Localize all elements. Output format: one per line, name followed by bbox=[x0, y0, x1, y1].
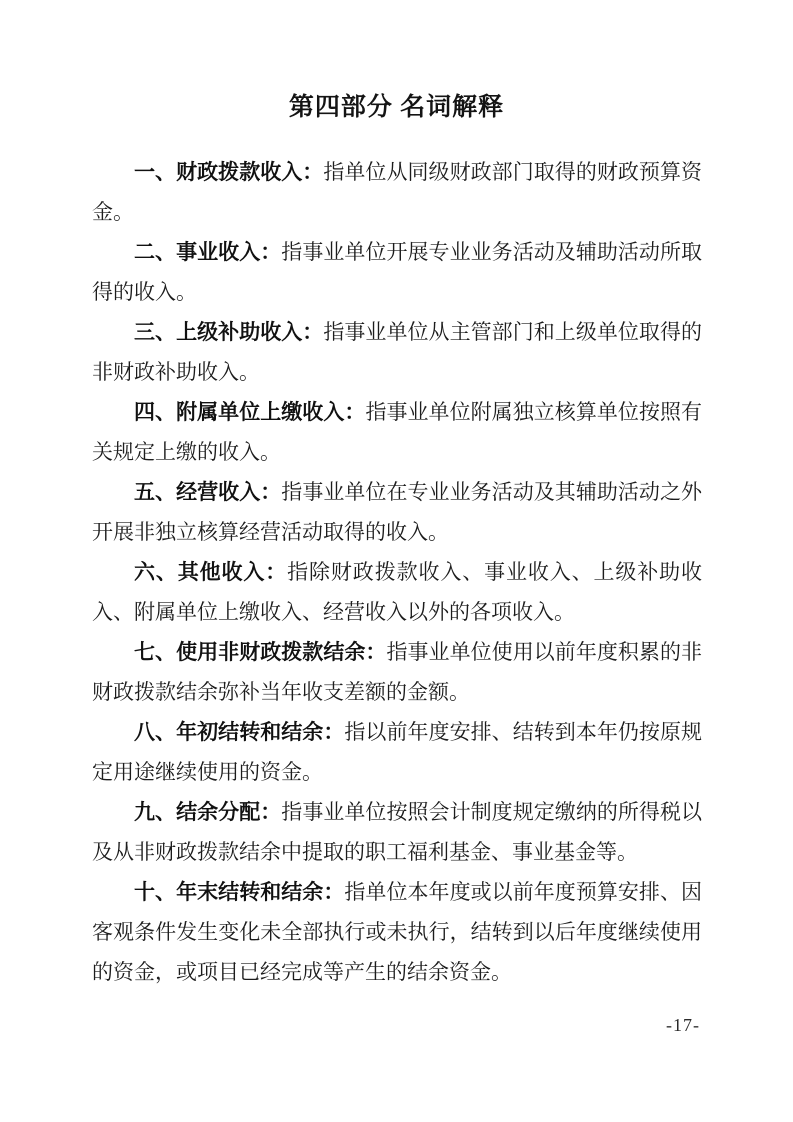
document-body: 一、财政拨款收入：指单位从同级财政部门取得的财政预算资金。 二、事业收入：指事业… bbox=[92, 152, 702, 992]
term-definition: 二、事业收入：指事业单位开展专业业务活动及辅助活动所取得的收入。 bbox=[92, 232, 702, 312]
term-label: 一、财政拨款收入： bbox=[134, 160, 323, 184]
term-label: 五、经营收入： bbox=[134, 480, 281, 504]
term-definition: 一、财政拨款收入：指单位从同级财政部门取得的财政预算资金。 bbox=[92, 152, 702, 232]
term-label: 二、事业收入： bbox=[134, 240, 281, 264]
term-label: 三、上级补助收入： bbox=[134, 320, 323, 344]
page-title: 第四部分 名词解释 bbox=[0, 93, 793, 123]
term-label: 七、使用非财政拨款结余： bbox=[134, 640, 386, 664]
term-label: 十、年末结转和结余： bbox=[134, 880, 344, 904]
term-definition: 六、其他收入：指除财政拨款收入、事业收入、上级补助收入、附属单位上缴收入、经营收… bbox=[92, 552, 702, 632]
term-label: 六、其他收入： bbox=[134, 560, 287, 584]
term-definition: 十、年末结转和结余：指单位本年度或以前年度预算安排、因客观条件发生变化未全部执行… bbox=[92, 872, 702, 992]
page-number: -17- bbox=[666, 1014, 700, 1036]
term-label: 九、结余分配： bbox=[134, 800, 281, 824]
term-definition: 三、上级补助收入：指事业单位从主管部门和上级单位取得的非财政补助收入。 bbox=[92, 312, 702, 392]
term-definition: 八、年初结转和结余：指以前年度安排、结转到本年仍按原规定用途继续使用的资金。 bbox=[92, 712, 702, 792]
document-page: 第四部分 名词解释 一、财政拨款收入：指单位从同级财政部门取得的财政预算资金。 … bbox=[0, 0, 793, 1122]
term-definition: 七、使用非财政拨款结余：指事业单位使用以前年度积累的非财政拨款结余弥补当年收支差… bbox=[92, 632, 702, 712]
term-definition: 五、经营收入：指事业单位在专业业务活动及其辅助活动之外开展非独立核算经营活动取得… bbox=[92, 472, 702, 552]
term-definition: 四、附属单位上缴收入：指事业单位附属独立核算单位按照有关规定上缴的收入。 bbox=[92, 392, 702, 472]
term-definition: 九、结余分配：指事业单位按照会计制度规定缴纳的所得税以及从非财政拨款结余中提取的… bbox=[92, 792, 702, 872]
term-label: 四、附属单位上缴收入： bbox=[134, 400, 365, 424]
term-label: 八、年初结转和结余： bbox=[134, 720, 344, 744]
